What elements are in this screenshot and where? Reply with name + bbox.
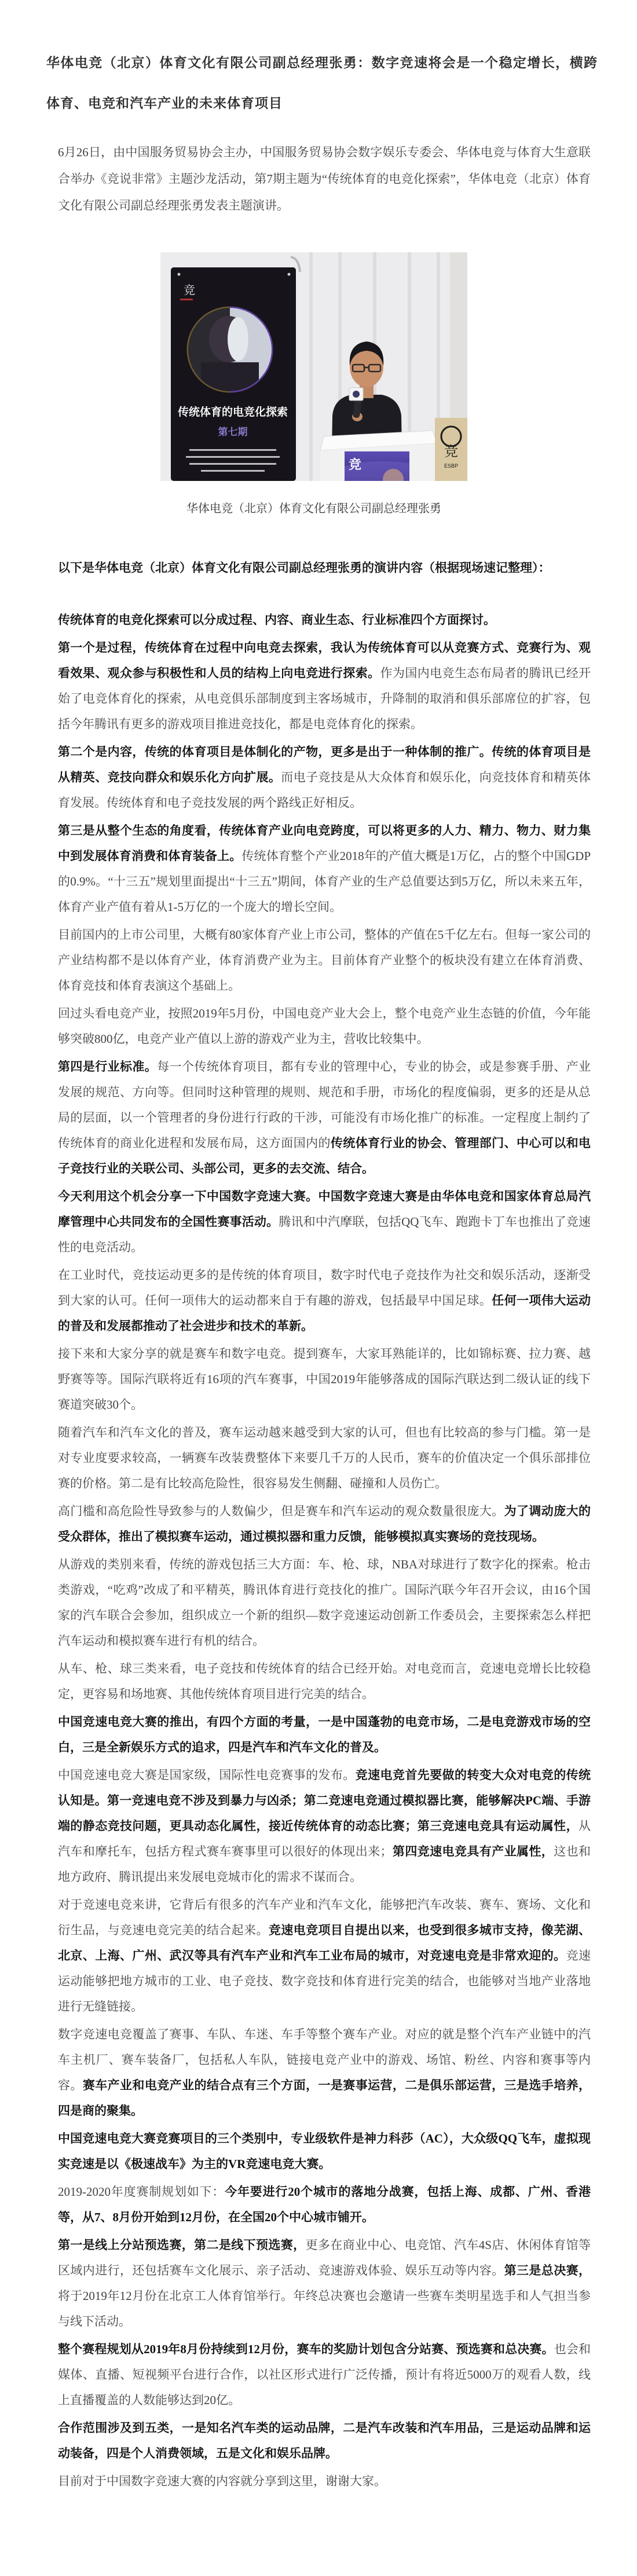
- text-run: 目前国内的上市公司里，大概有80家体育产业上市公司，整体的产值在5千亿左右。但每…: [58, 928, 591, 993]
- paragraph: 高门槛和高危险性导致参与的人数偏少，但是赛车和汽车运动的观众数量很庞大。为了调动…: [58, 1498, 591, 1549]
- side-sign-char: 竞: [444, 444, 458, 460]
- paragraph: 随着汽车和汽车文化的普及，赛车运动越来越受到大家的认可，但也有比较高的参与门槛。…: [58, 1420, 591, 1496]
- text-run: 从车、枪、球三类来看，电子竞技和传统体育的结合已经开始。对电竞而言，竞速电竞增长…: [58, 1662, 591, 1701]
- speaker-photo-scene: 竞 传统体育的电竞化探索 第七期: [160, 252, 467, 481]
- paragraph: 数字竞速电竞覆盖了赛事、车队、车迷、车手等整个赛车产业。对应的就是整个汽车产业链…: [58, 2022, 591, 2123]
- bold-run: 合作范围涉及到五类，一是知名汽车类的运动品牌，二是汽车改装和汽车用品，三是运动品…: [58, 2421, 591, 2460]
- paragraph: 今天利用这个机会分享一下中国数字竞速大赛。中国数字竞速大赛是由华体电竞和国家体育…: [58, 1184, 591, 1260]
- bold-run: 第四是行业标准。: [58, 1060, 157, 1074]
- bold-run: 第四竞速电竞具有产业属性，: [393, 1844, 554, 1858]
- text-run: 2019-2020年度赛制规划如下：: [58, 2185, 225, 2199]
- banner-title-text: 传统体育的电竞化探索: [177, 405, 288, 418]
- podium-sign-char: 竞: [349, 457, 361, 472]
- paragraph: 目前国内的上市公司里，大概有80家体育产业上市公司，整体的产值在5千亿左右。但每…: [58, 922, 591, 998]
- side-sign-label: ESBP: [444, 463, 458, 469]
- banner-logo-char: 竞: [184, 284, 195, 297]
- paragraph: 传统体育的电竞化探索可以分成过程、内容、商业生态、行业标准四个方面探讨。: [58, 607, 591, 633]
- paragraph: 第二个是内容，传统的体育项目是体制化的产物，更多是出于一种体制的推广。传统的体育…: [58, 739, 591, 815]
- paragraph: 整个赛程规划从2019年8月份持续到12月份，赛车的奖励计划包含分站赛、预选赛和…: [58, 2336, 591, 2413]
- paragraph: 第三是从整个生态的角度看，传统体育产业向电竞跨度，可以将更多的人力、精力、物力、…: [58, 818, 591, 920]
- side-sign: 竞 ESBP: [435, 418, 467, 481]
- paragraph: 2019-2020年度赛制规划如下：今年要进行20个城市的落地分战赛，包括上海、…: [58, 2179, 591, 2230]
- lead-paragraph: 以下是华体电竞（北京）体育文化有限公司副总经理张勇的演讲内容（根据现场速记整理）…: [58, 555, 591, 580]
- paragraph: 中国竞速电竞大赛是国家级，国际性电竞赛事的发布。竞速电竞首先要做的转变大众对电竞…: [58, 1762, 591, 1890]
- paragraph: 对于竞速电竞来讲，它背后有很多的汽车产业和汽车文化，能够把汽车改装、赛车、赛场、…: [58, 1892, 591, 2019]
- text-run: 随着汽车和汽车文化的普及，赛车运动越来越受到大家的认可，但也有比较高的参与门槛。…: [58, 1425, 591, 1490]
- text-run: 中国竞速电竞大赛是国家级，国际性电竞赛事的发布。: [58, 1768, 356, 1782]
- paragraph: 回过头看电竞产业，按照2019年5月份，中国电竞产业大会上，整个电竞产业生态链的…: [58, 1001, 591, 1052]
- paragraph: 目前对于中国数字竞速大赛的内容就分享到这里，谢谢大家。: [58, 2468, 591, 2494]
- bold-run: 整个赛程规划从2019年8月份持续到12月份，赛车的奖励计划包含分站赛、预选赛和…: [58, 2342, 554, 2356]
- text-run: 从游戏的类别来看，传统的游戏包括三大方面：车、枪、球，NBA对球进行了数字化的探…: [58, 1557, 591, 1648]
- paragraph: 从游戏的类别来看，传统的游戏包括三大方面：车、枪、球，NBA对球进行了数字化的探…: [58, 1552, 591, 1653]
- paragraph: 从车、枪、球三类来看，电子竞技和传统体育的结合已经开始。对电竞而言，竞速电竞增长…: [58, 1656, 591, 1707]
- page-title: 华体电竞（北京）体育文化有限公司副总经理张勇：数字竞速将会是一个稳定增长，横跨体…: [46, 43, 598, 124]
- paragraph: 在工业时代，竞技运动更多的是传统的体育项目，数字时代电子竞技作为社交和娱乐活动，…: [58, 1262, 591, 1339]
- photo-caption: 华体电竞（北京）体育文化有限公司副总经理张勇: [160, 496, 467, 521]
- bold-run: 传统体育的电竞化探索可以分成过程、内容、商业生态、行业标准四个方面探讨。: [58, 613, 496, 627]
- text-run: 接下来和大家分享的就是赛车和数字电竞。提到赛车，大家耳熟能详的，比如锦标赛、拉力…: [58, 1347, 591, 1412]
- bold-run: 中国竞速电竞大赛竞赛项目的三个类别中，专业级软件是神力科莎（AC），大众级QQ飞…: [58, 2132, 591, 2171]
- banner-phase-text: 第七期: [218, 426, 248, 438]
- text-run: 目前对于中国数字竞速大赛的内容就分享到这里，谢谢大家。: [58, 2474, 386, 2488]
- article: 华体电竞（北京）体育文化有限公司副总经理张勇：数字竞速将会是一个稳定增长，横跨体…: [0, 0, 637, 2494]
- paragraph: 接下来和大家分享的就是赛车和数字电竞。提到赛车，大家耳熟能详的，比如锦标赛、拉力…: [58, 1341, 591, 1417]
- speaker-photo: 竞 传统体育的电竞化探索 第七期: [160, 252, 467, 481]
- paragraph: 第四是行业标准。每一个传统体育项目，都有专业的管理中心，专业的协会，或是参赛手册…: [58, 1054, 591, 1181]
- bold-run: 第一是线上分站预选赛，第二是线下预选赛，: [58, 2238, 306, 2252]
- paragraph: 中国竞速电竞大赛竞赛项目的三个类别中，专业级软件是神力科莎（AC），大众级QQ飞…: [58, 2126, 591, 2177]
- paragraph: 合作范围涉及到五类，一是知名汽车类的运动品牌，二是汽车改装和汽车用品，三是运动品…: [58, 2415, 591, 2466]
- text-run: 将于2019年12月份在北京工人体育馆举行。年终总决赛也会邀请一些赛车类明星选手…: [58, 2289, 591, 2328]
- paragraph: 第一是线上分站预选赛，第二是线下预选赛，更多在商业中心、电竞馆、汽车4S店、休闲…: [58, 2232, 591, 2334]
- intro-paragraph: 6月26日，由中国服务贸易协会主办，中国服务贸易协会数字娱乐专委会、华体电竞与体…: [58, 139, 591, 219]
- photo-block: 竞 传统体育的电竞化探索 第七期: [160, 252, 467, 521]
- paragraph: 中国竞速电竞大赛的推出，有四个方面的考量，一是中国蓬勃的电竞市场，二是电竞游戏市…: [58, 1709, 591, 1760]
- bold-run: 第三是总决赛，: [504, 2263, 591, 2277]
- paragraph: 第一个是过程，传统体育在过程中向电竞去探索，我认为传统体育可以从竞赛方式、竞赛行…: [58, 635, 591, 737]
- bold-run: 赛车产业和电竞产业的结合点有三个方面，一是赛事运营，二是俱乐部运营，三是选手培养…: [58, 2078, 591, 2118]
- text-run: 高门槛和高危险性导致参与的人数偏少，但是赛车和汽车运动的观众数量很庞大。: [58, 1504, 504, 1518]
- text-run: 回过头看电竞产业，按照2019年5月份，中国电竞产业大会上，整个电竞产业生态链的…: [58, 1006, 591, 1046]
- podium: 竞: [320, 431, 437, 481]
- bold-run: 中国竞速电竞大赛的推出，有四个方面的考量，一是中国蓬勃的电竞市场，二是电竞游戏市…: [58, 1715, 591, 1754]
- article-body: 传统体育的电竞化探索可以分成过程、内容、商业生态、行业标准四个方面探讨。第一个是…: [58, 607, 591, 2494]
